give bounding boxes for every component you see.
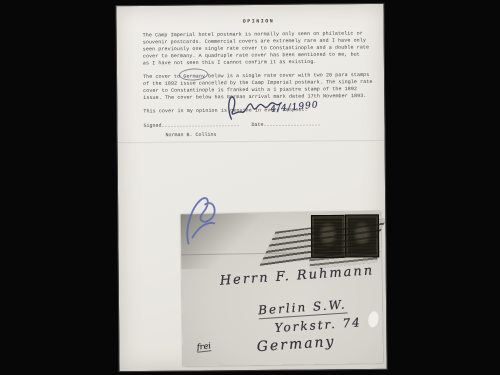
address-line-country: Germany — [256, 334, 336, 355]
blue-initials-scribble — [180, 193, 224, 247]
address-line-street: Yorkstr. 74 — [274, 315, 362, 335]
certificate-page: OPINION The Camp Imperial hotel postmark… — [115, 3, 387, 372]
certificate-title: OPINION — [143, 18, 375, 26]
paper-chip — [367, 311, 379, 328]
address-line-name: Herrn F. Ruhmann — [219, 263, 374, 288]
certificate-paragraph-1: The Camp Imperial hotel postmark is norm… — [143, 30, 375, 67]
signatory-name: Norman B. Collins — [166, 131, 376, 138]
fold-crease — [118, 140, 385, 144]
signed-date-line: Signed.......................... Date...… — [143, 121, 375, 129]
corner-note: frei — [196, 341, 211, 353]
photo-backdrop: OPINION The Camp Imperial hotel postmark… — [0, 0, 500, 375]
